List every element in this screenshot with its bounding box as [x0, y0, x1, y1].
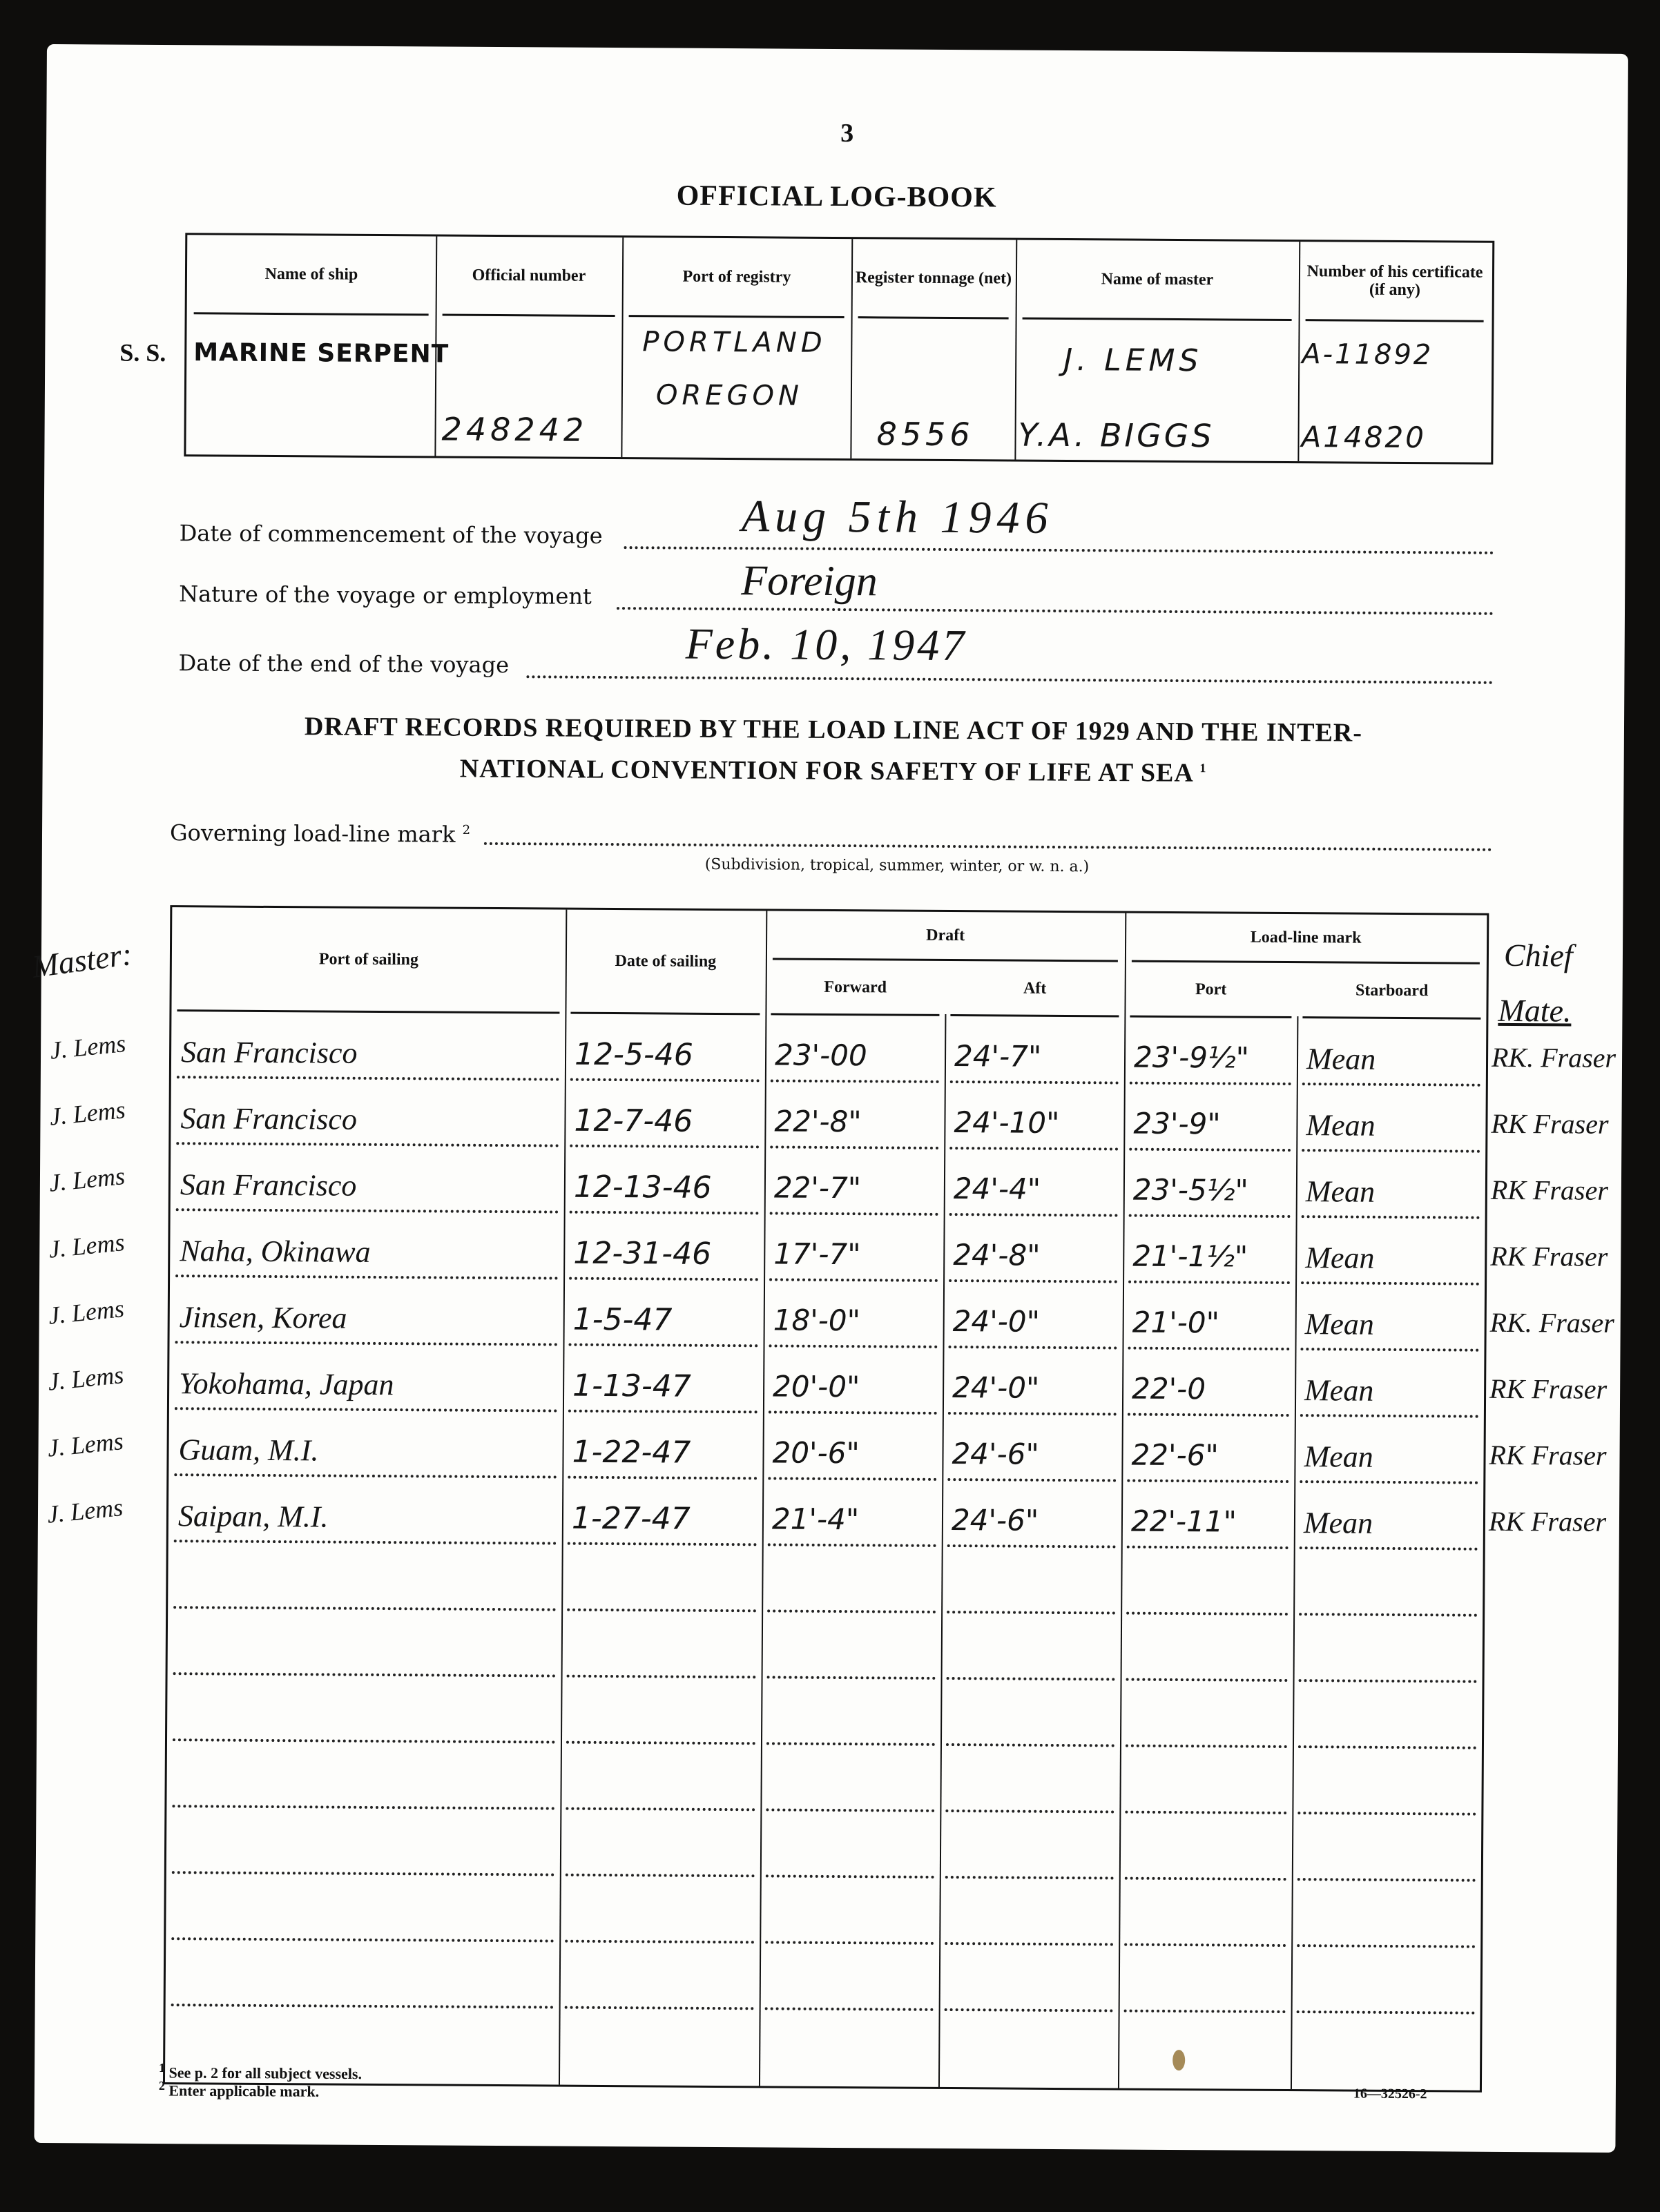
chief-mate-signature: RK Fraser — [1490, 1240, 1608, 1273]
cell-ll-port[interactable] — [1130, 1769, 1287, 1770]
cell-port[interactable] — [177, 1697, 555, 1699]
cell-port[interactable] — [177, 1631, 556, 1633]
cell-port[interactable] — [176, 1830, 554, 1832]
row-dotted-line — [769, 1278, 938, 1281]
row-dotted-line — [565, 2006, 754, 2010]
row-dotted-line — [1126, 1612, 1288, 1616]
row-dotted-line — [766, 1742, 935, 1745]
commencement-value: Aug 5th 1946 — [742, 490, 1054, 545]
row-dotted-line — [174, 1473, 557, 1478]
row-dotted-line — [949, 1279, 1117, 1283]
cell-aft[interactable] — [950, 1768, 1114, 1769]
row-dotted-line — [568, 1542, 757, 1546]
cell-ll-starboard: Mean — [1304, 1372, 1478, 1409]
footnote-mark: 2 — [463, 823, 471, 837]
cell-ll-port: 23'-9" — [1133, 1107, 1291, 1141]
row-dotted-line — [945, 1942, 1113, 1946]
chief-mate-margin-label-1: Chief — [1504, 937, 1573, 974]
cell-aft: 24'-7" — [954, 1039, 1119, 1074]
row-dotted-line — [1301, 1281, 1479, 1286]
cell-aft[interactable] — [949, 1967, 1113, 1968]
header-official-number: Official number — [436, 236, 623, 315]
cell-aft[interactable] — [950, 1702, 1114, 1702]
row-dotted-line — [174, 1540, 557, 1544]
cell-aft: 24'-10" — [954, 1105, 1118, 1140]
row-dotted-line — [570, 1211, 759, 1215]
cell-date[interactable] — [570, 1832, 755, 1834]
row-dotted-line — [1297, 2010, 1475, 2015]
cell-port: Naha, Okinawa — [180, 1233, 558, 1270]
row-dotted-line — [1127, 1479, 1289, 1483]
cell-date[interactable] — [570, 1899, 755, 1900]
row-dotted-line — [768, 1477, 936, 1480]
header-starboard: Starboard — [1297, 964, 1486, 1018]
row-dotted-line — [567, 1675, 756, 1679]
cell-forward[interactable] — [771, 1700, 935, 1701]
draft-heading-line2: NATIONAL CONVENTION FOR SAFETY OF LIFE A… — [42, 743, 1623, 794]
row-dotted-line — [1299, 1613, 1477, 1617]
cell-forward[interactable] — [771, 1767, 935, 1767]
row-dotted-line — [1297, 1812, 1476, 1816]
row-dotted-line — [173, 1738, 555, 1743]
commencement-label: Date of commencement of the voyage — [180, 520, 603, 549]
column-divider — [559, 910, 567, 2085]
master-signature: J. Lems — [48, 1095, 127, 1132]
header-rule — [858, 316, 1009, 319]
cell-ll-starboard[interactable] — [1303, 1638, 1477, 1639]
row-dotted-line — [570, 1078, 760, 1083]
cell-port[interactable] — [176, 1896, 554, 1898]
footnote-2: 2 Enter applicable mark. — [159, 2079, 319, 2101]
cell-date: 12-13-46 — [574, 1170, 759, 1206]
end-dotted-line — [526, 675, 1493, 684]
row-dotted-line — [770, 1145, 938, 1149]
cell-port[interactable] — [178, 1564, 557, 1566]
cell-forward[interactable] — [770, 1899, 934, 1900]
header-forward: Forward — [765, 960, 945, 1014]
cell-port[interactable] — [177, 1763, 555, 1765]
row-dotted-line — [765, 2007, 934, 2010]
official-number-value: 248242 — [441, 411, 588, 449]
cell-forward: 20'-0" — [773, 1369, 937, 1404]
row-dotted-line — [175, 1274, 558, 1279]
cell-port: Jinsen, Korea — [180, 1299, 558, 1337]
header-rule — [1306, 319, 1484, 322]
cell-port: San Francisco — [181, 1034, 559, 1071]
column-divider — [1118, 913, 1126, 2088]
cell-forward: 23'-00 — [775, 1038, 939, 1072]
header-rule — [771, 1013, 939, 1016]
cell-port: Saipan, M.I. — [178, 1498, 557, 1535]
cell-ll-starboard: Mean — [1305, 1240, 1479, 1277]
cell-date: 12-7-46 — [574, 1103, 759, 1140]
cell-ll-port[interactable] — [1128, 1968, 1286, 1969]
chief-mate-signature: RK Fraser — [1489, 1439, 1606, 1472]
cell-ll-starboard[interactable] — [1302, 1770, 1476, 1772]
cell-forward[interactable] — [770, 1833, 934, 1834]
scan-border-right — [1627, 0, 1660, 2212]
row-dotted-line — [947, 1677, 1115, 1680]
row-dotted-line — [1300, 1414, 1478, 1418]
chief-mate-signature: RK Fraser — [1491, 1174, 1608, 1207]
cell-ll-port[interactable] — [1129, 1836, 1286, 1836]
certificate-value-1: A-11892 — [1302, 338, 1433, 371]
row-dotted-line — [1128, 1347, 1289, 1350]
row-dotted-line — [1128, 1413, 1289, 1417]
row-dotted-line — [948, 1412, 1117, 1415]
row-dotted-line — [769, 1344, 937, 1348]
cell-port[interactable] — [175, 1962, 554, 1964]
row-dotted-line — [770, 1212, 938, 1215]
cell-aft[interactable] — [949, 1901, 1114, 1901]
cell-aft[interactable] — [951, 1636, 1115, 1636]
row-dotted-line — [1124, 2010, 1286, 2013]
cell-ll-port: 23'-5½" — [1133, 1173, 1291, 1207]
cell-aft: 24'-8" — [953, 1238, 1117, 1272]
header-name-of-master: Name of master — [1016, 240, 1300, 320]
row-dotted-line — [570, 1145, 759, 1149]
cell-forward: 22'-8" — [774, 1104, 938, 1138]
end-value: Feb. 10, 1947 — [685, 619, 967, 671]
cell-ll-starboard: Mean — [1304, 1505, 1478, 1542]
row-dotted-line — [567, 1609, 756, 1613]
master-name-value-2: Y.A. BIGGS — [1018, 416, 1214, 455]
chief-mate-signature: RK Fraser — [1489, 1505, 1606, 1538]
cell-aft[interactable] — [949, 1834, 1114, 1835]
cell-date: 12-5-46 — [575, 1037, 760, 1074]
row-dotted-line — [1300, 1348, 1478, 1352]
row-dotted-line — [765, 1941, 934, 1944]
header-date-of-sailing: Date of sailing — [565, 910, 766, 1013]
cell-ll-port: 22'-6" — [1131, 1438, 1289, 1473]
cell-date: 1-5-47 — [573, 1302, 758, 1339]
port-of-registry-line1: PORTLAND — [642, 326, 826, 359]
footnote-mark: 1 — [1199, 761, 1206, 775]
header-rule — [443, 314, 615, 318]
cell-forward: 17'-7" — [773, 1236, 938, 1271]
master-margin-label: Master: — [30, 935, 134, 985]
governing-load-line-hint: (Subdivision, tropical, summer, winter, … — [705, 856, 1090, 875]
cell-date[interactable] — [570, 1700, 755, 1701]
cell-forward: 20'-6" — [772, 1435, 936, 1470]
row-dotted-line — [947, 1544, 1116, 1548]
row-dotted-line — [947, 1478, 1116, 1482]
master-name-value-1: J. LEMS — [1063, 342, 1202, 378]
cell-aft: 24'-6" — [952, 1437, 1116, 1471]
row-dotted-line — [175, 1341, 558, 1346]
ship-prefix: S. S. — [119, 338, 166, 367]
row-dotted-line — [1299, 1679, 1477, 1683]
header-rule — [1302, 1016, 1480, 1020]
certificate-value-2: A14820 — [1301, 420, 1426, 454]
row-dotted-line — [1130, 1082, 1291, 1085]
row-dotted-line — [949, 1213, 1118, 1216]
cell-aft: 24'-0" — [952, 1370, 1117, 1405]
row-dotted-line — [1126, 1678, 1288, 1682]
cell-forward: 18'-0" — [773, 1303, 938, 1337]
ship-name-value: MARINE SERPENT — [193, 338, 449, 368]
row-dotted-line — [176, 1208, 559, 1213]
draft-records-heading: DRAFT RECORDS REQUIRED BY THE LOAD LINE … — [42, 707, 1624, 794]
header-name-of-ship: Name of ship — [187, 235, 436, 313]
cell-forward[interactable] — [772, 1568, 936, 1569]
chief-mate-margin-label-2: Mate. — [1498, 992, 1571, 1029]
row-dotted-line — [769, 1410, 937, 1414]
row-dotted-line — [945, 1876, 1114, 1879]
chief-mate-signature: RK. Fraser — [1490, 1306, 1614, 1339]
scan-border-top — [0, 0, 1660, 48]
row-dotted-line — [948, 1346, 1117, 1349]
cell-ll-starboard[interactable] — [1301, 1969, 1475, 1970]
cell-date[interactable] — [572, 1567, 757, 1569]
page-title: OFFICIAL LOG-BOOK — [46, 175, 1628, 218]
row-dotted-line — [171, 2004, 554, 2008]
cell-port: Guam, M.I. — [178, 1432, 557, 1469]
master-signature: J. Lems — [47, 1294, 126, 1330]
row-dotted-line — [1300, 1480, 1478, 1484]
row-dotted-line — [172, 1805, 554, 1810]
cell-date[interactable] — [570, 1766, 755, 1767]
header-draft: Draft — [766, 911, 1125, 960]
cell-ll-starboard: Mean — [1306, 1107, 1480, 1144]
nature-label: Nature of the voyage or employment — [179, 581, 592, 610]
cell-ll-starboard: Mean — [1304, 1439, 1478, 1475]
row-dotted-line — [172, 1871, 554, 1876]
form-code: 16—32526-2 — [1353, 2086, 1427, 2103]
page-number: 3 — [840, 118, 853, 148]
row-dotted-line — [171, 1937, 554, 1942]
header-rule — [629, 315, 845, 318]
cell-ll-port[interactable] — [1130, 1703, 1287, 1704]
row-dotted-line — [771, 1079, 939, 1083]
row-dotted-line — [945, 2008, 1113, 2012]
header-port-of-registry: Port of registry — [622, 237, 852, 316]
cell-forward: 22'-7" — [774, 1170, 938, 1205]
row-dotted-line — [1302, 1215, 1480, 1219]
header-rule — [950, 1014, 1119, 1017]
cell-aft: 24'-0" — [953, 1304, 1117, 1339]
header-rule — [570, 1012, 760, 1016]
header-rule — [1130, 1016, 1291, 1018]
cell-ll-port: 22'-11" — [1131, 1504, 1289, 1539]
row-dotted-line — [565, 1940, 754, 1944]
row-dotted-line — [1128, 1281, 1290, 1284]
end-label: Date of the end of the voyage — [178, 650, 509, 678]
row-dotted-line — [1126, 1745, 1287, 1748]
row-dotted-line — [175, 1407, 557, 1412]
row-dotted-line — [566, 1741, 755, 1745]
master-signature: J. Lems — [48, 1029, 127, 1065]
cell-forward[interactable] — [771, 1634, 936, 1635]
cell-date: 1-13-47 — [572, 1368, 757, 1405]
cell-ll-port: 21'-0" — [1132, 1306, 1290, 1340]
cell-port: San Francisco — [180, 1167, 559, 1204]
ship-particulars-table: Name of ship Official number Port of reg… — [184, 233, 1494, 465]
row-dotted-line — [1297, 1878, 1476, 1882]
cell-ll-starboard[interactable] — [1304, 1571, 1478, 1573]
chief-mate-signature: RK Fraser — [1489, 1372, 1607, 1406]
header-aft: Aft — [945, 962, 1124, 1016]
cell-ll-port: 21'-1½" — [1132, 1239, 1290, 1274]
row-dotted-line — [949, 1147, 1118, 1150]
row-dotted-line — [768, 1543, 936, 1546]
master-signature: J. Lems — [46, 1360, 125, 1397]
row-dotted-line — [173, 1672, 556, 1677]
cell-date: 12-31-46 — [573, 1236, 758, 1272]
row-dotted-line — [569, 1277, 758, 1281]
row-dotted-line — [1125, 1811, 1286, 1814]
chief-mate-signature: RK Fraser — [1491, 1107, 1608, 1141]
row-dotted-line — [1302, 1149, 1480, 1153]
row-dotted-line — [1124, 1943, 1286, 1947]
column-divider — [938, 1014, 946, 2087]
cell-date[interactable] — [571, 1633, 756, 1635]
cell-date[interactable] — [569, 1965, 754, 1966]
log-book-page: 3 OFFICIAL LOG-BOOK S. S. Name of ship O… — [34, 44, 1628, 2153]
header-register-tonnage: Register tonnage (net) — [851, 239, 1016, 317]
draft-records-table: Port of sailing Date of sailing Draft Fo… — [163, 905, 1489, 2093]
cell-aft: 24'-4" — [954, 1172, 1118, 1206]
row-dotted-line — [1298, 1745, 1476, 1749]
row-dotted-line — [568, 1343, 757, 1348]
row-dotted-line — [177, 1076, 559, 1080]
commencement-dotted-line — [624, 546, 1494, 554]
master-signature: J. Lems — [46, 1426, 125, 1463]
cell-port: San Francisco — [180, 1100, 559, 1138]
cell-ll-starboard: Mean — [1306, 1174, 1480, 1210]
cell-ll-port: 22'-0 — [1132, 1372, 1289, 1406]
cell-forward: 21'-4" — [772, 1502, 936, 1536]
row-dotted-line — [566, 1807, 755, 1812]
row-dotted-line — [1127, 1546, 1289, 1549]
row-dotted-line — [1300, 1546, 1478, 1551]
cell-ll-starboard: Mean — [1306, 1041, 1480, 1078]
row-dotted-line — [1297, 1944, 1475, 1948]
row-dotted-line — [950, 1080, 1119, 1084]
cell-date: 1-22-47 — [572, 1435, 757, 1471]
row-dotted-line — [1129, 1214, 1291, 1218]
row-dotted-line — [566, 1874, 755, 1878]
cell-aft: 24'-6" — [952, 1503, 1116, 1537]
header-load-line-mark: Load-line mark — [1125, 913, 1487, 962]
paper-stain — [1172, 2050, 1185, 2070]
cell-aft[interactable] — [952, 1569, 1116, 1570]
row-dotted-line — [568, 1476, 757, 1480]
chief-mate-signature: RK. Fraser — [1492, 1041, 1616, 1074]
master-signature: J. Lems — [46, 1493, 124, 1529]
cell-ll-port: 23'-9½" — [1134, 1040, 1291, 1075]
master-signature: J. Lems — [48, 1161, 126, 1198]
master-signature: J. Lems — [48, 1228, 126, 1264]
port-of-registry-line2: OREGON — [656, 379, 803, 411]
row-dotted-line — [766, 1808, 934, 1812]
row-dotted-line — [946, 1743, 1114, 1747]
row-dotted-line — [945, 1810, 1114, 1813]
cell-ll-port[interactable] — [1129, 1902, 1286, 1903]
header-certificate: Number of his certificate (if any) — [1299, 242, 1492, 320]
row-dotted-line — [173, 1606, 556, 1611]
nature-value: Foreign — [741, 556, 878, 606]
row-dotted-line — [1302, 1083, 1480, 1087]
column-divider — [1291, 1016, 1298, 2089]
row-dotted-line — [176, 1142, 559, 1147]
row-dotted-line — [767, 1676, 936, 1679]
cell-ll-port[interactable] — [1131, 1571, 1289, 1571]
cell-forward[interactable] — [769, 1966, 934, 1966]
row-dotted-line — [947, 1611, 1115, 1614]
governing-load-line-field[interactable] — [484, 842, 1492, 851]
governing-load-line-label: Governing load-line mark 2 — [170, 819, 470, 848]
column-divider — [759, 911, 767, 2086]
row-dotted-line — [1129, 1148, 1291, 1152]
header-port-of-sailing: Port of sailing — [171, 907, 566, 1011]
cell-ll-starboard[interactable] — [1302, 1903, 1476, 1904]
cell-ll-port[interactable] — [1130, 1637, 1288, 1638]
cell-ll-starboard[interactable] — [1302, 1704, 1476, 1705]
nature-dotted-line — [617, 607, 1494, 615]
row-dotted-line — [767, 1609, 936, 1613]
cell-date: 1-27-47 — [572, 1501, 757, 1537]
row-dotted-line — [568, 1410, 757, 1414]
cell-port: Yokohama, Japan — [179, 1366, 557, 1403]
cell-ll-starboard[interactable] — [1302, 1836, 1476, 1838]
header-port: Port — [1124, 963, 1297, 1017]
row-dotted-line — [766, 1874, 934, 1878]
register-tonnage-value: 8556 — [876, 415, 974, 453]
row-dotted-line — [1125, 1877, 1286, 1881]
cell-ll-starboard: Mean — [1305, 1306, 1479, 1343]
